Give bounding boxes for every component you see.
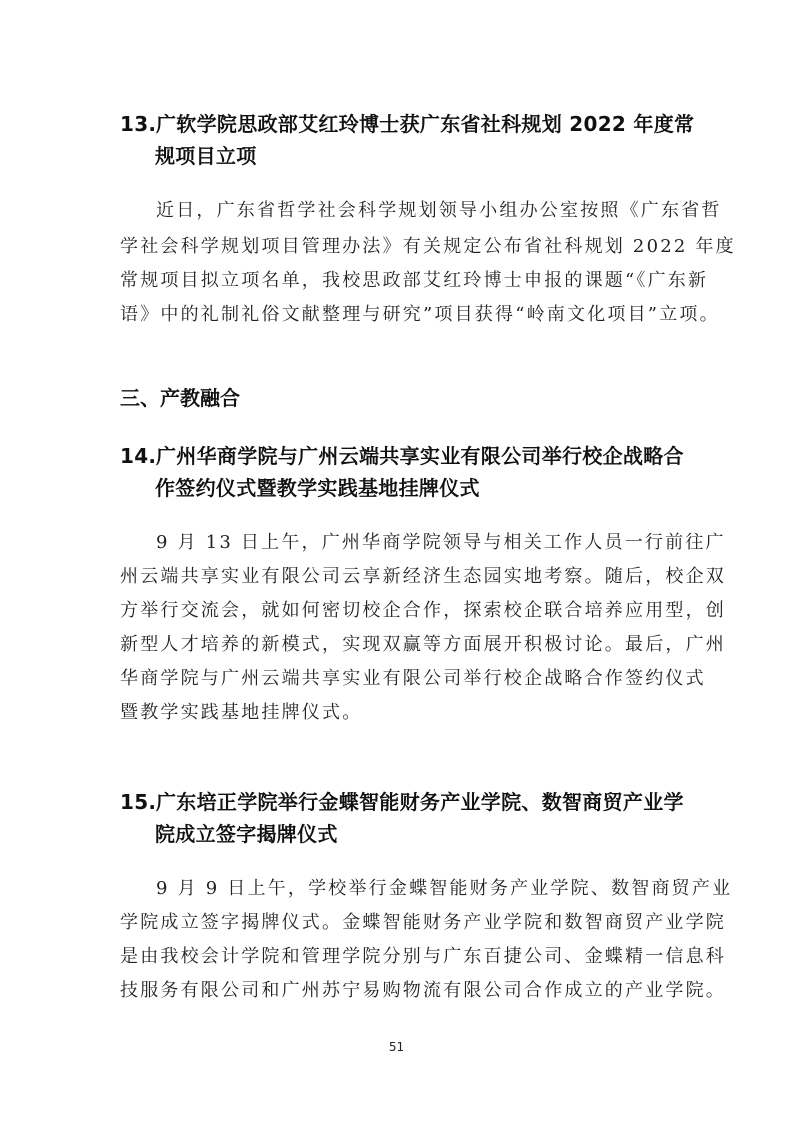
item-15-body-line: 技服务有限公司和广州苏宁易购物流有限公司合作成立的产业学院。	[120, 976, 680, 1002]
page-number: 51	[0, 1040, 793, 1054]
item-14-title-line1: 14.广州华商学院与广州云端共享实业有限公司举行校企战略合	[120, 440, 684, 469]
item-15-body-line: 是由我校会计学院和管理学院分别与广东百捷公司、金蝶精一信息科	[120, 942, 680, 968]
item-15-body-line: 学院成立签字揭牌仪式。金蝶智能财务产业学院和数智商贸产业学院	[120, 908, 680, 934]
item-15-title-line1: 15.广东培正学院举行金蝶智能财务产业学院、数智商贸产业学	[120, 786, 684, 815]
item-15-number: 15.	[120, 790, 156, 814]
item-13-body-line: 学社会科学规划项目管理办法》有关规定公布省社科规划 2022 年度	[120, 232, 680, 258]
item-14-body-line: 新型人才培养的新模式，实现双赢等方面展开积极讨论。最后，广州	[120, 630, 680, 656]
section-3-heading: 三、产教融合	[120, 382, 240, 411]
item-13-body-line: 语》中的礼制礼俗文献整理与研究”项目获得“岭南文化项目”立项。	[120, 300, 680, 326]
item-13-number: 13.	[120, 112, 156, 136]
item-13-title-line1: 13.广软学院思政部艾红玲博士获广东省社科规划 2022 年度常	[120, 108, 694, 137]
item-14-body-line: 州云端共享实业有限公司云享新经济生态园实地考察。随后，校企双	[120, 562, 680, 588]
item-13-title-line2: 规项目立项	[155, 140, 257, 169]
item-13-body-line: 近日，广东省哲学社会科学规划领导小组办公室按照《广东省哲	[156, 196, 716, 222]
item-14-number: 14.	[120, 444, 156, 468]
item-14-body-line: 方举行交流会，就如何密切校企合作，探索校企联合培养应用型，创	[120, 596, 680, 622]
item-15-title-line2: 院成立签字揭牌仪式	[155, 818, 338, 847]
item-14-body-line: 华商学院与广州云端共享实业有限公司举行校企战略合作签约仪式	[120, 664, 680, 690]
item-14-title-line2: 作签约仪式暨教学实践基地挂牌仪式	[155, 472, 480, 501]
document-page: 13.广软学院思政部艾红玲博士获广东省社科规划 2022 年度常 规项目立项 近…	[0, 0, 793, 1122]
item-13-body-line: 常规项目拟立项名单，我校思政部艾红玲博士申报的课题“《广东新	[120, 266, 680, 292]
item-15-body-line: 9 月 9 日上午，学校举行金蝶智能财务产业学院、数智商贸产业	[156, 874, 716, 900]
item-14-body-line: 暨教学实践基地挂牌仪式。	[120, 698, 680, 724]
item-14-body-line: 9 月 13 日上午，广州华商学院领导与相关工作人员一行前往广	[156, 528, 716, 554]
